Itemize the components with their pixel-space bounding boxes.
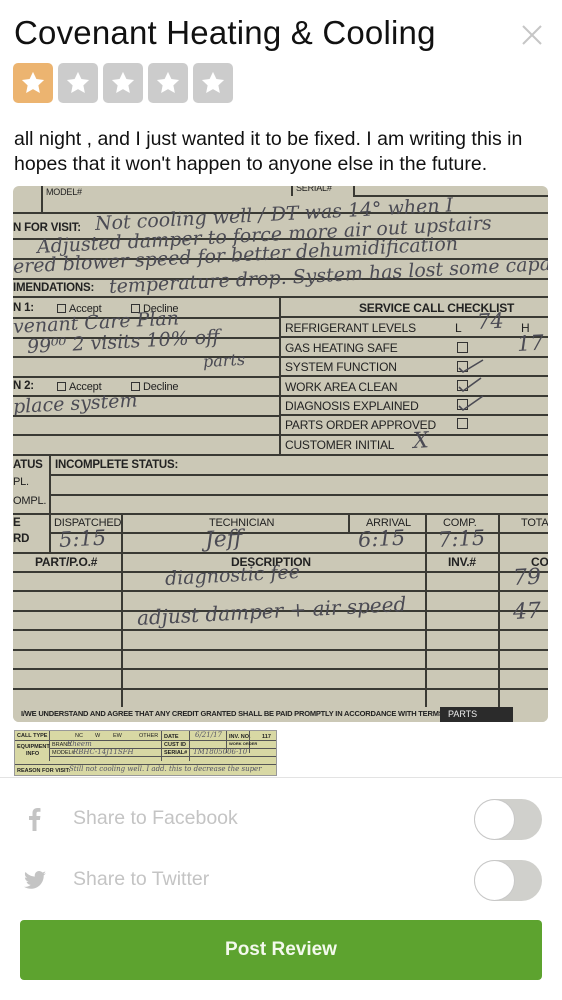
- photo-thumbnail[interactable]: CALL TYPE NC W EW OTHER DATE 6/21/17 INV…: [14, 730, 277, 776]
- label-status: ATUS: [13, 459, 43, 471]
- hw-desc-1: diagnostic fee: [164, 561, 300, 590]
- hw-desc-2: adjust damper + air speed: [136, 592, 406, 630]
- close-button[interactable]: [517, 20, 547, 50]
- thumb-model-value: RBHC-14J11SFH: [73, 748, 134, 756]
- facebook-icon: [22, 806, 48, 832]
- hw-option2-1: place system: [13, 389, 138, 417]
- label-pl: PL.: [13, 476, 29, 488]
- label-part-po: PART/P.O.#: [35, 555, 97, 569]
- checklist-item: REFRIGERANT LEVELS: [285, 321, 416, 335]
- star-icon: [19, 69, 47, 97]
- label-time-rd: RD: [13, 533, 29, 545]
- parts-total-box: PARTS: [440, 707, 513, 722]
- checklist-item: GAS HEATING SAFE: [285, 341, 398, 355]
- star-icon: [64, 69, 92, 97]
- share-facebook-row: Share to Facebook: [0, 794, 562, 844]
- facebook-toggle[interactable]: [474, 799, 542, 840]
- thumb-opt: OTHER: [139, 733, 158, 739]
- thumb-equipment: EQUIPMENT: [17, 744, 50, 750]
- label-total: TOTA: [521, 517, 548, 529]
- label-inv: INV.#: [448, 555, 476, 569]
- terms-text: I/WE UNDERSTAND AND AGREE THAT ANY CREDI…: [21, 709, 461, 718]
- thumb-date-value: 6/21/17: [195, 731, 222, 739]
- option2-decline: Decline: [131, 381, 178, 393]
- hw-l-value: 74: [476, 309, 504, 334]
- thumb-info: INFO: [26, 751, 39, 757]
- thumb-serial-value: TM1805006·10: [193, 748, 247, 756]
- hw-arrival: 6:15: [357, 526, 405, 552]
- checklist-item: CUSTOMER INITIAL: [285, 438, 394, 452]
- thumb-reason-label: REASON FOR VISIT:: [17, 768, 70, 774]
- hw-option1-3: parts: [203, 350, 246, 371]
- label-option1: N 1:: [13, 302, 34, 314]
- business-name: Covenant Heating & Cooling: [14, 14, 436, 52]
- label-time-e: E: [13, 517, 20, 529]
- label-incomplete-status: INCOMPLETE STATUS:: [55, 459, 178, 471]
- thumb-opt: EW: [113, 733, 122, 739]
- star-2-button[interactable]: [58, 63, 98, 103]
- thumb-brand-value: Rheem: [67, 740, 92, 748]
- hw-cost-1: 79: [512, 565, 541, 591]
- star-3-button[interactable]: [103, 63, 143, 103]
- review-photo[interactable]: MODEL# SERIAL# N FOR VISIT: Not cooling …: [13, 186, 548, 722]
- toggle-knob: [475, 800, 514, 839]
- star-icon: [199, 69, 227, 97]
- checklist-item: WORK AREA CLEAN: [285, 380, 397, 394]
- thumb-call-type: CALL TYPE: [17, 733, 47, 739]
- label-reason: N FOR VISIT:: [13, 222, 81, 234]
- thumb-opt: NC: [75, 733, 83, 739]
- post-review-button[interactable]: Post Review: [20, 920, 542, 980]
- label-ompl: OMPL.: [13, 495, 46, 507]
- star-5-button[interactable]: [193, 63, 233, 103]
- share-twitter-row: Share to Twitter: [0, 855, 562, 905]
- thumb-opt: W: [95, 733, 100, 739]
- hw-dispatched: 5:15: [58, 526, 106, 552]
- hw-initial: X: [412, 428, 429, 454]
- checklist-item: SYSTEM FUNCTION: [285, 360, 397, 374]
- hw-cost-2: 47: [512, 599, 541, 625]
- hw-technician: Jeff: [204, 526, 243, 553]
- check-marks: [453, 352, 503, 412]
- star-rating: [13, 63, 233, 103]
- label-recommendations: IMENDATIONS:: [13, 282, 94, 294]
- hw-comp: 7:15: [437, 526, 485, 552]
- review-text[interactable]: all night , and I just wanted it to be f…: [14, 127, 554, 177]
- share-twitter-label: Share to Twitter: [73, 868, 209, 891]
- star-icon: [154, 69, 182, 97]
- label-l: L: [455, 321, 461, 335]
- twitter-icon: [22, 867, 48, 893]
- checkbox-parts: [457, 418, 468, 429]
- share-facebook-label: Share to Facebook: [73, 807, 238, 830]
- section-divider: [0, 777, 562, 778]
- star-1-button[interactable]: [13, 63, 53, 103]
- twitter-toggle[interactable]: [474, 860, 542, 901]
- star-icon: [109, 69, 137, 97]
- label-option2: N 2:: [13, 380, 34, 392]
- thumb-reason-value: Still not cooling well. I add. this to d…: [69, 765, 262, 773]
- label-model: MODEL#: [46, 187, 82, 197]
- checklist-item: DIAGNOSIS EXPLAINED: [285, 399, 419, 413]
- label-serial: SERIAL#: [296, 186, 332, 193]
- hw-h-value: 17: [516, 331, 544, 356]
- toggle-knob: [475, 861, 514, 900]
- thumb-work-order: WORK ORDER: [229, 741, 257, 746]
- star-4-button[interactable]: [148, 63, 188, 103]
- close-icon: [517, 20, 547, 50]
